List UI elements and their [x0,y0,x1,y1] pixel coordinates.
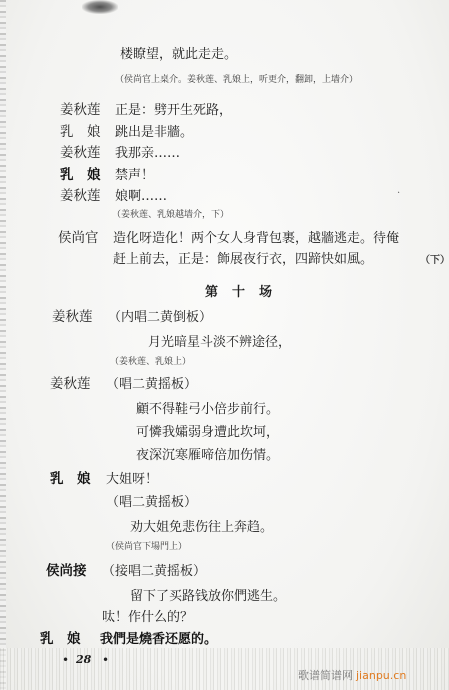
scene-title: 第十场 [205,281,286,300]
verse-line: 月光暗星斗淡不辨途径， [148,331,291,350]
stage-direction: （下） [420,251,449,266]
watermark: 歌谱简谱网jianpu.cn [298,667,406,683]
dialogue-line: 娘啊…… [115,185,167,204]
speaker-name: 乳 娘 [60,163,101,183]
speck: . [397,185,400,196]
watermark-url: jianpu.cn [356,669,406,682]
verse-line: 楼瞭望，就此走走。 [120,43,237,62]
dialogue-line: 跳出是非牆。 [115,121,193,140]
speaker-name: 姜秋莲 [50,372,91,392]
dialogue-line: （接唱二黄摇板） [102,560,206,579]
page-number-bullet: • [102,653,109,667]
verse-line: 可憐我孀弱身遭此坎坷， [136,421,279,440]
watermark-site: 歌谱简谱网 [298,669,353,682]
dialogue-line: 造化呀造化！两个女人身背包裹，越牆逃走。待俺 [113,227,399,246]
dialogue-line: 大姐呀！ [106,468,158,487]
page-number: 28 [76,653,91,666]
dialogue-line: （唱二黄摇板） [106,491,197,510]
speaker-name: 姜秋莲 [52,305,93,325]
speaker-name: 乳 娘 [60,120,101,140]
dialogue-line: 赶上前去，正是：飾展夜行衣，四蹄快如風。 [113,248,373,267]
stage-direction: （侯尚官上桌介。姜秋莲、乳娘上，听更介，翻卸，上墙介） [115,72,358,85]
verse-line: 劝大姐免悲伤往上奔趋。 [130,516,273,535]
stage-direction: （姜秋莲、乳娘上） [110,354,191,367]
dialogue-line: 我那亲…… [115,142,180,161]
stage-direction: （姜秋莲、乳娘越墙介，下） [112,207,229,220]
speaker-name: 姜秋莲 [60,184,101,204]
scanned-page: 楼瞭望，就此走走。 （侯尚官上桌介。姜秋莲、乳娘上，听更介，翻卸，上墙介） 姜秋… [0,0,449,690]
dialogue-line: 正是：劈开生死路， [115,99,232,118]
speaker-name: 侯尚接 [46,559,87,579]
verse-line: 留下了买路钱放你們逃生。 [130,585,286,604]
verse-line: 夜深沉寒雁啼倍加伤情。 [136,444,279,463]
dialogue-line: 我們是燒香还愿的。 [100,628,217,647]
speaker-name: 侯尚官 [58,226,99,246]
dialogue-line: 禁声！ [115,164,154,183]
verse-line: 顧不得鞋弓小倍步前行。 [136,398,279,417]
speaker-name: 乳 娘 [50,467,91,487]
stage-direction: （侯尚官下場門上） [106,539,187,552]
speaker-name: 姜秋莲 [60,98,101,118]
dialogue-line: （内唱二黄倒板） [108,306,212,325]
dialogue-line: （唱二黄摇板） [106,373,197,392]
speaker-name: 姜秋莲 [60,141,101,161]
ink-smudge [82,0,118,14]
speaker-name: 乳 娘 [40,627,81,647]
page-binding-edge [0,0,6,690]
dialogue-line: 呔！作什么的？ [102,606,193,625]
page-number-bullet: • [62,653,69,667]
